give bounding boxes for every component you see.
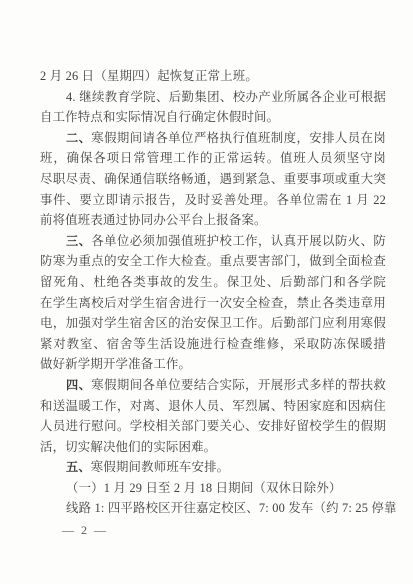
text-line: 紧对教室、宿舍等生活设施进行检查维修，采取防冻保暖措施，: [40, 334, 386, 355]
line-text: 防寒为重点的安全工作大检查。重点要害部门，做到全面检查不: [40, 254, 386, 272]
text-line: 二、寒假期间请各单位严格执行值班制度，安排人员在岗值: [40, 128, 386, 149]
line-text: 留死角、杜绝各类事故的发生。保卫处、后勤部门和各学院（系）: [40, 275, 386, 293]
text-line: 四、寒假期间各单位要结合实际，开展形式多样的帮扶救助: [40, 375, 386, 396]
text-line: 和送温暖工作，对离、退休人员、军烈属、特困家庭和因病住院: [40, 396, 386, 417]
line-text: 事件、要立即请示报告，及时妥善处理。各单位需在 1 月 22 日: [40, 193, 386, 211]
text-line: 电，加强对学生宿舍区的治安保卫工作。后勤部门应利用寒假抓: [40, 313, 386, 334]
line-text: 电，加强对学生宿舍区的治安保卫工作。后勤部门应利用寒假抓: [40, 316, 386, 334]
line-text: 各单位必须加强值班护校工作，认真开展以防火、防盗、: [66, 234, 386, 252]
text-line: 尽职尽责、确保通信联络畅通，遇到紧急、重要事项或重大突发: [40, 169, 386, 190]
text-line: 三、各单位必须加强值班护校工作，认真开展以防火、防盗、: [40, 231, 386, 252]
document-text-block: 2 月 26 日（星期四）起恢复正常上班。 4. 继续教育学院、后勤集团、校办产…: [40, 66, 386, 519]
text-line: 班，确保各项日常管理工作的正常运转。值班人员须坚守岗位、: [40, 148, 386, 169]
text-line: （一）1 月 29 日至 2 月 18 日期间（双休日除外）: [40, 478, 386, 499]
section-number: 四、: [66, 378, 91, 392]
page-number: — 2 —: [40, 523, 108, 538]
section-number: 三、: [66, 234, 91, 248]
line-text: 人员进行慰问。学校相关部门要关心、安排好留校学生的假期生: [40, 419, 386, 437]
line-text: 寒假期间请各单位严格执行值班制度，安排人员在岗值: [66, 131, 386, 149]
text-line: 留死角、杜绝各类事故的发生。保卫处、后勤部门和各学院（系）: [40, 272, 386, 293]
text-line: 线路 1: 四平路校区开往嘉定校区、7: 00 发车（约 7: 25 停靠: [40, 498, 386, 519]
line-text: 2 月 26 日（星期四）起恢复正常上班。: [40, 69, 258, 83]
line-text: 寒假期间各单位要结合实际，开展形式多样的帮扶救助: [66, 378, 386, 396]
line-text: 自工作特点和实际情况自行确定休假时间。: [40, 110, 279, 124]
line-text: 4. 继续教育学院、后勤集团、校办产业所属各企业可根据各: [66, 90, 386, 108]
text-line: 做好新学期开学准备工作。: [40, 354, 386, 375]
line-text: （一）1 月 29 日至 2 月 18 日期间（双休日除外）: [66, 481, 342, 495]
line-text: 和送温暖工作，对离、退休人员、军烈属、特困家庭和因病住院: [40, 399, 386, 417]
line-text: 紧对教室、宿舍等生活设施进行检查维修，采取防冻保暖措施，: [40, 337, 386, 355]
text-line: 2 月 26 日（星期四）起恢复正常上班。: [40, 66, 386, 87]
text-line: 4. 继续教育学院、后勤集团、校办产业所属各企业可根据各: [40, 87, 386, 108]
text-line: 人员进行慰问。学校相关部门要关心、安排好留校学生的假期生: [40, 416, 386, 437]
line-text: 做好新学期开学准备工作。: [40, 357, 191, 371]
line-text: 在学生离校后对学生宿舍进行一次安全检查，禁止各类违章用: [40, 296, 386, 310]
text-line: 前将值班表通过协同办公平台上报备案。: [40, 210, 386, 231]
line-text: 线路 1: 四平路校区开往嘉定校区、7: 00 发车（约 7: 25 停靠: [66, 501, 397, 515]
line-text: 寒假期间教师班车安排。: [91, 460, 230, 474]
line-text: 活，切实解决他们的实际困难。: [40, 440, 216, 454]
text-line: 在学生离校后对学生宿舍进行一次安全检查，禁止各类违章用: [40, 293, 386, 314]
document-page: 2 月 26 日（星期四）起恢复正常上班。 4. 继续教育学院、后勤集团、校办产…: [0, 0, 413, 584]
section-number: 五、: [66, 460, 91, 474]
text-line: 自工作特点和实际情况自行确定休假时间。: [40, 107, 386, 128]
line-text: 前将值班表通过协同办公平台上报备案。: [40, 213, 267, 227]
text-line: 五、寒假期间教师班车安排。: [40, 457, 386, 478]
text-line: 事件、要立即请示报告，及时妥善处理。各单位需在 1 月 22 日: [40, 190, 386, 211]
section-number: 二、: [66, 131, 91, 145]
line-text: 班，确保各项日常管理工作的正常运转。值班人员须坚守岗位、: [40, 151, 386, 169]
line-text: 尽职尽责、确保通信联络畅通，遇到紧急、重要事项或重大突发: [40, 172, 386, 190]
text-line: 防寒为重点的安全工作大检查。重点要害部门，做到全面检查不: [40, 251, 386, 272]
text-line: 活，切实解决他们的实际困难。: [40, 437, 386, 458]
